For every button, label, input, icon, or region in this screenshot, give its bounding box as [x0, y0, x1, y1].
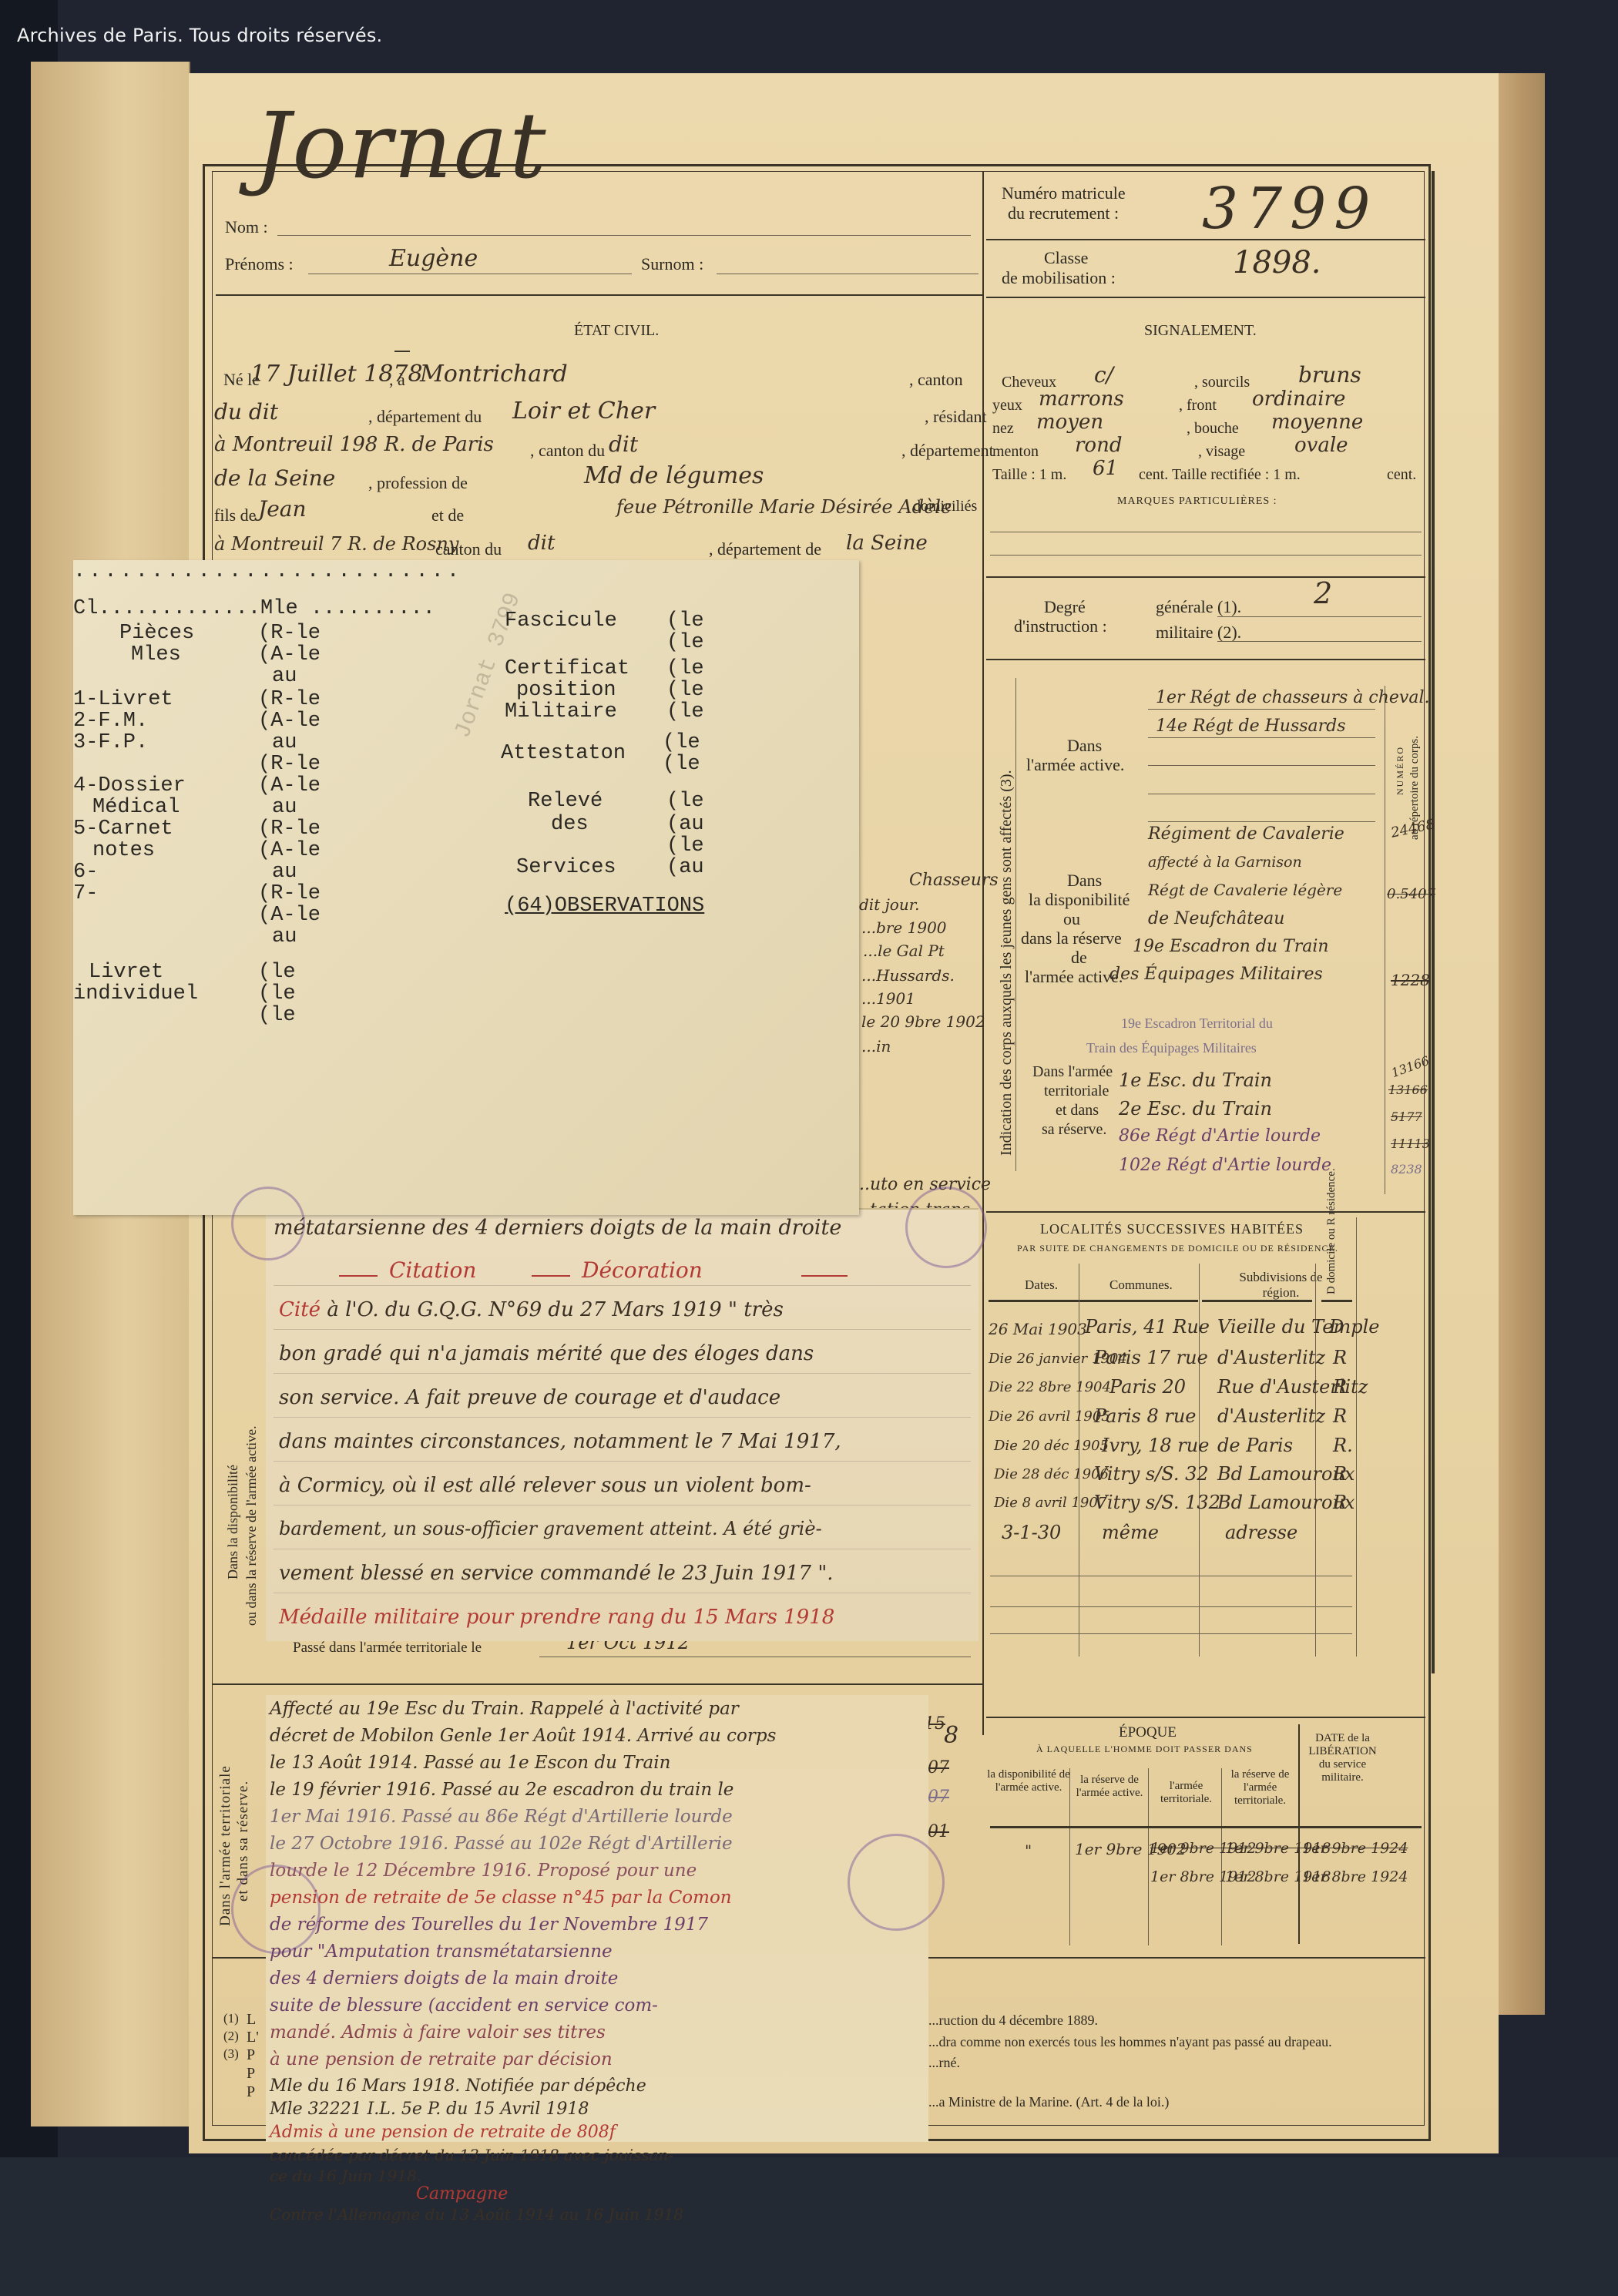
- epoque-value-5: 1er 9bre 1924: [1302, 1840, 1408, 1857]
- slip-left-bracket-11: au: [272, 861, 297, 884]
- residant-label: , résidant: [925, 407, 987, 427]
- divider-matricule: [986, 239, 1425, 240]
- slip-left-label-9: 5-Carnet: [73, 817, 173, 841]
- typed-slip: Jornat 3799 ......................... Cl…: [73, 560, 859, 1215]
- instruction-label-2: d'instruction :: [1014, 616, 1107, 636]
- marques-line-2: [990, 555, 1422, 556]
- nez-label: nez: [992, 420, 1014, 438]
- citation-rule: [274, 1461, 971, 1462]
- slip-left-bracket-4: (A-le: [258, 710, 321, 733]
- service-line-4: le 19 février 1916. Passé au 2e escadron…: [270, 1780, 733, 1800]
- title-dash: [394, 351, 410, 352]
- footnote-letter-1: L: [247, 2011, 256, 2029]
- slip-left-label-3: 1-Livret: [73, 688, 173, 711]
- observation-note-1: ...uto en service: [854, 1175, 991, 1194]
- epoque-col-3: l'armée territoriale.: [1150, 1780, 1223, 1806]
- footnote-marker-2: (2): [223, 2029, 239, 2044]
- row7-commune: Vitry s/S. 132: [1094, 1492, 1220, 1513]
- citation-rule: [274, 1329, 971, 1330]
- col-rule: [989, 1300, 1085, 1302]
- divider-header: [216, 294, 982, 296]
- slip-left-bracket-6: (R-le: [258, 753, 321, 776]
- slip-right-bracket-4: (le: [666, 700, 704, 723]
- footnote-line-1: ...ruction du 4 décembre 1889.: [928, 2012, 1098, 2029]
- service-line-6: le 27 Octobre 1916. Passé au 102e Régt d…: [270, 1834, 733, 1854]
- slip-left-label-5: 3-F.P.: [73, 731, 148, 754]
- service-line-16: Mle 32221 I.L. 5e P. du 15 Avril 1918: [270, 2100, 589, 2119]
- dispo-label-4: dans la réserve: [1021, 928, 1122, 948]
- slip-left-bracket-0: (R-le: [258, 622, 321, 645]
- generale-value: 2: [1314, 576, 1332, 610]
- citation-line-7: vement blessé en service commandé le 23 …: [279, 1562, 834, 1585]
- corps-vertical-label: Indication des corps auxquels les jeunes…: [998, 770, 1015, 1156]
- row2-dr: R: [1333, 1347, 1347, 1368]
- slip-left-bracket-3: (R-le: [258, 688, 321, 711]
- slip-right-bracket-2: (le: [666, 657, 704, 680]
- footnote-line-2: ...dra comme non exercés tous les hommes…: [928, 2034, 1332, 2050]
- territorial-label-3: et dans: [1056, 1102, 1099, 1119]
- epoque-col-1: la disponibilité de l'armée active.: [986, 1768, 1071, 1794]
- territorial-stamp-1: 19e Escadron Territorial du: [1121, 1015, 1273, 1032]
- slip-left-bracket-5: au: [272, 731, 297, 754]
- footnote-marker-3: (3): [223, 2046, 239, 2062]
- epoque-sep: [1298, 1724, 1300, 1944]
- row5-commune: Ivry, 18 rue: [1102, 1435, 1209, 1456]
- territorial-entry-3: 86e Régt d'Artie lourde: [1119, 1126, 1321, 1146]
- citation-line-1: Cité Cité à l'O. du G.Q.G. N°69 du 27 Ma…: [279, 1298, 784, 1321]
- classe-label-2: de mobilisation :: [1002, 268, 1116, 288]
- slip-left-label-12: 7-: [73, 882, 98, 905]
- slip-left-bracket-10: (A-le: [258, 839, 321, 862]
- citation-first-word: Cité: [279, 1298, 321, 1321]
- row5-date: Die 20 déc 1905: [994, 1438, 1109, 1454]
- service-line-2: décret de Mobilon Genle 1er Août 1914. A…: [270, 1726, 776, 1746]
- service-line-9: de réforme des Tourelles du 1er Novembre…: [270, 1915, 708, 1935]
- row3-dr: R: [1333, 1376, 1347, 1398]
- col-sep: [1356, 1217, 1357, 1657]
- taille-suffix: cent. Taille rectifiée : 1 m.: [1139, 466, 1301, 484]
- divider-territorial: [212, 1683, 982, 1685]
- epoque-subtitle: À LAQUELLE L'HOMME DOIT PASSER DANS: [1036, 1744, 1253, 1755]
- divider-classe: [986, 297, 1425, 298]
- footnote-letter-3: P: [247, 2046, 255, 2064]
- table-background: [0, 2157, 1618, 2296]
- campagne-title: Campagne: [416, 2184, 508, 2204]
- dispo-vertical-label-2: ou dans la réserve de l'armée active.: [243, 1425, 260, 1626]
- militaire-line: [1217, 641, 1422, 642]
- right-heavy-rule: [1432, 171, 1435, 1673]
- fils-de-label: fils de: [214, 505, 256, 525]
- divider-signalement: [986, 576, 1425, 578]
- menton-label: menton: [992, 443, 1039, 461]
- active-line-4: [1148, 794, 1375, 794]
- territorial-number-3: 5177: [1391, 1109, 1422, 1124]
- domicilies-label: domiciliés: [913, 498, 977, 515]
- slip-right-bracket-8: (au: [666, 813, 704, 836]
- departement3-value: la Seine: [846, 532, 928, 555]
- citation-rule: [274, 1593, 971, 1593]
- slip-left-bracket-14: au: [272, 925, 297, 948]
- departement-label: , département du: [368, 407, 482, 427]
- slip-dotted-top: .........................: [73, 560, 462, 583]
- margin-number-2: 8: [944, 1722, 958, 1749]
- localites-title: LOCALITÉS SUCCESSIVES HABITÉES: [1040, 1221, 1304, 1237]
- canton-value: du dit: [214, 399, 278, 425]
- citation-line-1-rest: à l'O. du G.Q.G. N°69 du 27 Mars 1919 " …: [327, 1298, 784, 1321]
- col-rule: [1321, 1300, 1352, 1302]
- active-label-1: Dans: [1067, 736, 1102, 756]
- territorial-number-5: 8238: [1391, 1162, 1422, 1177]
- peek-note-1: Chasseurs: [909, 871, 999, 890]
- purple-stamp: [905, 1187, 987, 1268]
- slip-left-bracket-2: au: [272, 665, 297, 688]
- dispo-vertical-label-1: Dans la disponibilité: [225, 1465, 241, 1579]
- cheveux-value: c/: [1094, 362, 1113, 388]
- active-line-3: [1148, 765, 1375, 766]
- matricule-label-1: Numéro matricule: [1002, 183, 1126, 203]
- row3-date: Die 22 8bre 1904: [989, 1379, 1111, 1395]
- epoque-rule: [990, 1826, 1422, 1828]
- citation-dash: [801, 1275, 848, 1277]
- slip-left-label-4: 2-F.M.: [73, 710, 148, 733]
- row5-dr: R.: [1333, 1435, 1353, 1456]
- service-line-7: lourde le 12 Décembre 1916. Proposé pour…: [270, 1861, 697, 1881]
- slip-header: Cl.............Mle ..........: [73, 597, 435, 620]
- territorial-entry-2: 2e Esc. du Train: [1119, 1098, 1272, 1119]
- row7-date: Die 8 avril 1907: [994, 1495, 1106, 1511]
- dispo-number-3: 1228: [1391, 971, 1430, 989]
- slip-right-label-4: Militaire: [505, 700, 617, 723]
- canton2-label: , canton du: [530, 441, 605, 461]
- slip-right-bracket-1: (le: [666, 631, 704, 654]
- epoque-col-4: la réserve de l'armée territoriale.: [1224, 1768, 1297, 1808]
- footnote-line-4: ...a Ministre de la Marine. (Art. 4 de l…: [928, 2094, 1169, 2110]
- divider-instruction: [986, 659, 1425, 660]
- departement2-value: de la Seine: [214, 465, 335, 491]
- peek-note-8: ...in: [861, 1037, 891, 1056]
- column-divider: [982, 171, 984, 1735]
- generale-label: générale (1).: [1156, 597, 1241, 617]
- departement3-label: , département de: [709, 539, 821, 559]
- surname-value: Jornat: [254, 92, 548, 199]
- service-line-8: pension de retraite de 5e classe n°45 pa…: [270, 1888, 732, 1908]
- citation-line-4: dans maintes circonstances, notamment le…: [279, 1430, 841, 1453]
- footnote-letter-5: P: [247, 2083, 255, 2101]
- visage-value: ovale: [1294, 434, 1348, 457]
- marques-label: MARQUES PARTICULIÈRES :: [1117, 495, 1277, 508]
- dispo-label-2: la disponibilité: [1029, 890, 1130, 910]
- territorial-entry-4: 102e Régt d'Artie lourde: [1119, 1156, 1331, 1175]
- slip-left-bracket-12: (R-le: [258, 882, 321, 905]
- copyright-watermark: Archives de Paris. Tous droits réservés.: [17, 25, 382, 46]
- slip-right-label-8: des: [551, 813, 589, 836]
- slip-livret-bracket-0: (le: [258, 961, 296, 984]
- slip-right-bracket-6: (le: [663, 753, 700, 776]
- slip-left-bracket-9: (R-le: [258, 817, 321, 841]
- service-line-12: suite de blessure (accident en service c…: [270, 1996, 658, 2016]
- slip-right-bracket-9: (le: [666, 834, 704, 858]
- etat-civil-title: ÉTAT CIVIL.: [574, 322, 659, 340]
- peek-note-3: ...bre 1900: [861, 918, 947, 937]
- slip-right-label-5: Attestaton: [501, 742, 626, 765]
- territorial-stamp-2: Train des Équipages Militaires: [1086, 1040, 1257, 1056]
- profession-value: Md de légumes: [584, 462, 764, 489]
- active-line-2: [1148, 737, 1375, 738]
- row3-commune: Paris 20: [1109, 1376, 1186, 1398]
- row2-subdivision: d'Austerlitz: [1217, 1347, 1325, 1368]
- slip-left-label-0: Pièces: [119, 622, 194, 645]
- service-line-11: des 4 derniers doigts de la main droite: [270, 1969, 618, 1989]
- numero-column-line: [1385, 686, 1385, 1194]
- matricule-label-2: du recrutement :: [1008, 203, 1119, 223]
- row4-subdivision: d'Austerlitz: [1217, 1405, 1325, 1427]
- father-name: Jean: [258, 496, 307, 522]
- territorial-label-2: territoriale: [1044, 1083, 1109, 1100]
- service-line-14: à une pension de retraite par décision: [270, 2049, 613, 2069]
- medaille-militaire: Médaille militaire pour prendre rang du …: [279, 1606, 834, 1629]
- service-line-18: concédée par décret du 13 Juin 1918 avec…: [270, 2146, 673, 2164]
- taille-rect-suffix: cent.: [1387, 466, 1416, 484]
- col-rule: [1202, 1300, 1312, 1302]
- canton3-value: dit: [528, 532, 555, 555]
- taille-value: 61: [1093, 457, 1118, 480]
- slip-right-label-2: Certificat: [505, 657, 629, 680]
- signalement-title: SIGNALEMENT.: [1144, 322, 1257, 340]
- peek-note-2: dit jour.: [859, 895, 919, 914]
- peek-note-5: ...Hussards.: [861, 966, 955, 985]
- profession-label: , profession de: [368, 473, 468, 493]
- prenoms-label: Prénoms :: [225, 254, 294, 274]
- citation-rule: [274, 1373, 971, 1374]
- territorial-passage-line: [539, 1657, 971, 1657]
- slip-left-label-10: notes: [92, 839, 155, 862]
- service-line-17: Admis à une pension de retraite de 808f: [270, 2123, 616, 2142]
- yeux-label: yeux: [992, 397, 1022, 415]
- slip-left-bracket-13: (A-le: [258, 904, 321, 927]
- departement-value: Loir et Cher: [512, 398, 655, 425]
- active-line-1: [1148, 709, 1375, 710]
- citation-line-2: bon gradé qui n'a jamais mérité que des …: [279, 1342, 814, 1365]
- footnote-letter-2: L': [247, 2029, 259, 2046]
- menton-value: rond: [1075, 434, 1122, 457]
- service-line-10: pour "Amputation transmétatarsienne: [270, 1942, 613, 1962]
- slip-right-bracket-5: (le: [663, 731, 700, 754]
- active-entry-2: 14e Régt de Hussards: [1156, 717, 1346, 736]
- dispo-number-2: 0.5407: [1387, 886, 1435, 902]
- citation-rule: [274, 1505, 971, 1505]
- nez-value: moyen: [1036, 411, 1103, 434]
- et-de-label: et de: [431, 505, 464, 525]
- taille-label: Taille : 1 m.: [992, 466, 1066, 484]
- yeux-value: marrons: [1039, 388, 1124, 411]
- territorial-number-4: 11113: [1391, 1136, 1430, 1151]
- epoque-sep: [1221, 1768, 1222, 1945]
- epoque-corrected-5: 1er 8bre 1924: [1302, 1868, 1408, 1885]
- row-rule: [990, 1633, 1352, 1634]
- slip-livret-label: Livret: [89, 961, 163, 984]
- territorial-label-4: sa réserve.: [1042, 1121, 1106, 1139]
- corps-bracket: [1015, 678, 1016, 1171]
- slip-right-label-10: Services: [516, 856, 616, 879]
- row1-dr: D: [1329, 1316, 1344, 1338]
- birth-place: Montrichard: [420, 361, 568, 388]
- slip-right-label-0: Fascicule: [505, 609, 617, 633]
- citation-line-6: bardement, un sous-officier gravement at…: [279, 1518, 822, 1539]
- service-line-1: Affecté au 19e Esc du Train. Rappelé à l…: [270, 1699, 739, 1719]
- citation-dash: [532, 1275, 570, 1277]
- citation-rule: [274, 1285, 971, 1286]
- dispo-label-6: l'armée active.: [1025, 967, 1123, 987]
- service-line-15: Mle du 16 Mars 1918. Notifiée par dépêch…: [270, 2076, 646, 2096]
- citation-line-5: à Cormicy, où il est allé relever sous u…: [279, 1474, 811, 1497]
- row6-dr: R: [1333, 1463, 1347, 1485]
- row6-commune: Vitry s/S. 32: [1094, 1463, 1209, 1485]
- service-line-3: le 13 Août 1914. Passé au 1e Escon du Tr…: [270, 1753, 670, 1773]
- matricule-value: 3799: [1202, 176, 1378, 242]
- slip-right-bracket-3: (le: [666, 679, 704, 702]
- dispo-entry-3: Régt de Cavalerie légère: [1148, 881, 1342, 899]
- epoque-sep: [1069, 1768, 1070, 1945]
- slip-right-bracket-7: (le: [666, 790, 704, 813]
- col-dates: Dates.: [1025, 1277, 1058, 1293]
- territorial-passage-label: Passé dans l'armée territoriale le: [293, 1640, 482, 1657]
- footnote-line-3: ...rné.: [928, 2055, 960, 2071]
- row8-date: 3-1-30: [1002, 1522, 1061, 1543]
- localites-subtitle: PAR SUITE DE CHANGEMENTS DE DOMICILE OU …: [1017, 1243, 1338, 1254]
- a-label: , à: [389, 370, 405, 390]
- dispo-entry-5: 19e Escadron du Train: [1133, 937, 1329, 956]
- slip-left-label-8: Médical: [92, 796, 180, 819]
- front-label: , front: [1179, 397, 1217, 415]
- row8-subdivision: adresse: [1225, 1522, 1297, 1543]
- mother-name: feue Pétronille Marie Désirée Adèle: [616, 496, 952, 518]
- active-label-2: l'armée active.: [1026, 755, 1124, 775]
- slip-left-label-7: 4-Dossier: [73, 774, 186, 797]
- row4-dr: R: [1333, 1405, 1347, 1427]
- classe-value: 1898.: [1233, 245, 1321, 280]
- row7-dr: R: [1333, 1492, 1347, 1513]
- citation-rule: [274, 1549, 971, 1549]
- right-page-stack: [1499, 73, 1545, 2015]
- row-rule: [990, 1606, 1352, 1607]
- slip-left-label-1: Mles: [131, 643, 181, 666]
- col-rule: [1083, 1300, 1198, 1302]
- canton2-value: dit: [609, 431, 638, 457]
- citation-title: Citation: [389, 1257, 476, 1283]
- row4-commune: Paris 8 rue: [1094, 1405, 1197, 1427]
- numero-label: NUMÉRO: [1395, 746, 1406, 795]
- footnote-marker-1: (1): [223, 2011, 239, 2026]
- dispo-label-5: de: [1071, 948, 1087, 968]
- marques-line-1: [990, 532, 1422, 532]
- row8-commune: même: [1102, 1522, 1159, 1543]
- sourcils-label: , sourcils: [1194, 374, 1250, 391]
- slip-left-bracket-7: (A-le: [258, 774, 321, 797]
- service-line-19: ce du 16 Juin 1918.: [270, 2167, 421, 2185]
- sourcils-value: bruns: [1298, 362, 1361, 388]
- generale-line: [1217, 616, 1422, 617]
- service-line-13: mandé. Admis à faire valoir ses titres: [270, 2022, 606, 2043]
- slip-left-bracket-8: au: [272, 796, 297, 819]
- divider-localites: [986, 1717, 1425, 1718]
- decoration-title: Décoration: [582, 1257, 703, 1283]
- row2-commune: Paris 17 rue: [1094, 1347, 1208, 1368]
- slip-individuel-label: individuel: [73, 982, 198, 1005]
- epoque-value-1: ": [1025, 1841, 1032, 1860]
- classe-label-1: Classe: [1044, 248, 1088, 268]
- row4-date: Die 26 avril 1905: [989, 1408, 1110, 1425]
- slip-left-label-11: 6-: [73, 861, 98, 884]
- slip-right-bracket-0: (le: [666, 609, 704, 633]
- slip-right-label-3: position: [516, 679, 616, 702]
- slip-livret-bracket-1: (le: [258, 982, 296, 1005]
- slip-right-label-7: Relevé: [528, 790, 603, 813]
- purple-stamp: [848, 1834, 945, 1931]
- citation-rule: [274, 1417, 971, 1418]
- dispo-label-1: Dans: [1067, 871, 1102, 891]
- active-line-5: [1148, 821, 1375, 822]
- canton-label: , canton: [909, 370, 963, 390]
- peek-note-7: le 20 9bre 1902: [861, 1012, 985, 1031]
- departement2-label: , département: [901, 441, 994, 461]
- peek-note-6: ...1901: [861, 989, 915, 1008]
- col-domicile: D domicile ou R résidence.: [1325, 1168, 1338, 1294]
- col-communes: Communes.: [1109, 1277, 1173, 1293]
- row1-date: 26 Mai 1903: [989, 1320, 1087, 1338]
- service-line-5: 1er Mai 1916. Passé au 86e Régt d'Artill…: [270, 1807, 733, 1827]
- territorial-entry-1: 1e Esc. du Train: [1119, 1069, 1272, 1091]
- bouche-label: , bouche: [1187, 420, 1239, 438]
- nom-label: Nom :: [225, 217, 268, 237]
- nom-line: [277, 235, 971, 236]
- divider-corps: [986, 1211, 1425, 1213]
- dispo-entry-1: Régiment de Cavalerie: [1148, 824, 1344, 844]
- visage-label: , visage: [1198, 443, 1245, 461]
- slip-livret-bracket-2: (le: [258, 1004, 296, 1027]
- citation-dash: [339, 1275, 378, 1277]
- row5-subdivision: de Paris: [1217, 1435, 1293, 1456]
- row1-commune: Paris, 41 Rue: [1085, 1316, 1210, 1338]
- territorial-label-1: Dans l'armée: [1032, 1063, 1113, 1081]
- epoque-col-2: la réserve de l'armée active.: [1071, 1774, 1148, 1800]
- peek-note-4: ...le Gal Pt: [863, 942, 945, 960]
- prenoms-value: Eugène: [389, 245, 478, 272]
- footnote-letter-4: P: [247, 2065, 255, 2083]
- dispo-entry-6: des Équipages Militaires: [1109, 965, 1323, 984]
- front-value: ordinaire: [1252, 388, 1345, 411]
- slip-observations: (64)OBSERVATIONS: [505, 895, 704, 918]
- surnom-label: Surnom :: [641, 254, 703, 274]
- parents-domicile: à Montreuil 7 R. de Rosny: [214, 533, 458, 555]
- campagne-text: Contre l'Allemagne du 13 Août 1914 au 16…: [270, 2205, 683, 2224]
- citation-line-3: son service. A fait preuve de courage et…: [279, 1386, 780, 1409]
- row-rule: [990, 1576, 1352, 1576]
- territorial-number-2: 13166: [1388, 1083, 1428, 1097]
- observation-note-3: métatarsienne des 4 derniers doigts de l…: [274, 1216, 841, 1240]
- residence-value: à Montreuil 198 R. de Paris: [214, 433, 494, 456]
- militaire-label: militaire (2).: [1156, 623, 1241, 643]
- dispo-entry-4: de Neufchâteau: [1148, 909, 1284, 928]
- dispo-entry-2: affecté à la Garnison: [1148, 854, 1302, 871]
- canton3-label: canton du: [435, 539, 502, 559]
- instruction-label-1: Degré: [1044, 597, 1086, 617]
- active-entry-1: 1er Régt de chasseurs à cheval.: [1156, 688, 1430, 707]
- row6-date: Die 28 déc 1906: [994, 1466, 1109, 1482]
- row1-subdivision: Vieille du Temple: [1217, 1316, 1379, 1338]
- epoque-title: ÉPOQUE: [1119, 1724, 1177, 1741]
- slip-right-bracket-10: (au: [666, 856, 704, 879]
- prenoms-line: [308, 274, 632, 274]
